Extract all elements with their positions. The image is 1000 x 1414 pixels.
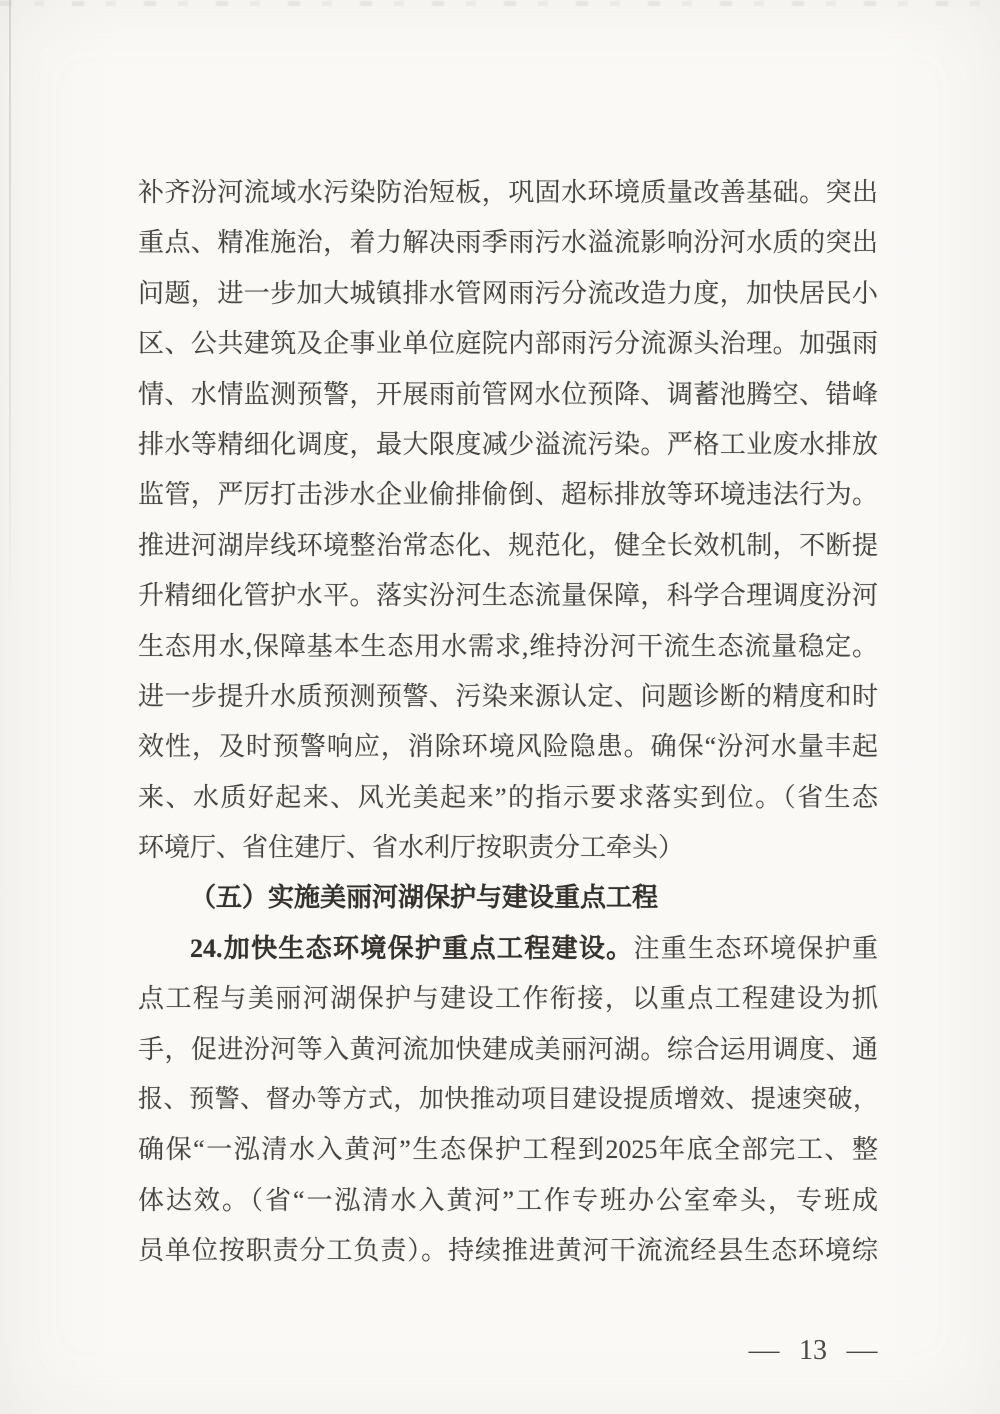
text-line: 情、水情监测预警，开展雨前管网水位预降、调蓄池腾空、错峰 <box>138 370 878 420</box>
text-line: 重点、精准施治，着力解决雨季雨污水溢流影响汾河水质的突出 <box>138 218 878 268</box>
text-line: 环境厅、省住建厅、省水利厅按职责分工牵头） <box>138 823 878 873</box>
text-line: 手，促进汾河等入黄河流加快建成美丽河湖。综合运用调度、通 <box>138 1025 878 1075</box>
text-line: 问题，进一步加大城镇排水管网雨污分流改造力度，加快居民小 <box>138 269 878 319</box>
document-body: 补齐汾河流域水污染防治短板，巩固水环境质量改善基础。突出重点、精准施治，着力解决… <box>138 168 878 1277</box>
text-line: 生态用水,保障基本生态用水需求,维持汾河干流生态流量稳定。 <box>138 622 878 672</box>
text-line: 员单位按职责分工负责）。持续推进黄河干流流经县生态环境综 <box>138 1226 878 1276</box>
section-heading: （五）实施美丽河湖保护与建设重点工程 <box>138 873 878 923</box>
text-line: 确保“一泓清水入黄河”生态保护工程到2025年底全部完工、整 <box>138 1125 878 1175</box>
text-line: 监管，严厉打击涉水企业偷排偷倒、超标排放等环境违法行为。 <box>138 470 878 520</box>
page-number-value: 13 <box>799 1335 827 1367</box>
page-number-dash-left: — <box>749 1335 780 1367</box>
text-line: 补齐汾河流域水污染防治短板，巩固水环境质量改善基础。突出 <box>138 168 878 218</box>
text-line: 效性，及时预警响应，消除环境风险隐患。确保“汾河水量丰起 <box>138 722 878 772</box>
bold-run: 24.加快生态环境保护重点工程建设。 <box>190 934 633 963</box>
text-line: 体达效。（省“一泓清水入黄河”工作专班办公室牵头，专班成 <box>138 1176 878 1226</box>
text-line: 区、公共建筑及企事业单位庭院内部雨污分流源头治理。加强雨 <box>138 319 878 369</box>
scan-noise-artifact <box>0 1 1000 6</box>
text-line: 排水等精细化调度，最大限度减少溢流污染。严格工业废水排放 <box>138 420 878 470</box>
scanned-document-page: 补齐汾河流域水污染防治短板，巩固水环境质量改善基础。突出重点、精准施治，着力解决… <box>0 0 1000 1414</box>
text-line: 24.加快生态环境保护重点工程建设。注重生态环境保护重 <box>138 924 878 974</box>
text-line: 报、预警、督办等方式，加快推动项目建设提质增效、提速突破， <box>138 1075 878 1125</box>
text-line: 来、水质好起来、风光美起来”的指示要求落实到位。（省生态 <box>138 773 878 823</box>
page-number: — 13 — <box>750 1330 876 1372</box>
text-line: 升精细化管护水平。落实汾河生态流量保障，科学合理调度汾河 <box>138 571 878 621</box>
text-line: 进一步提升水质预测预警、污染来源认定、问题诊断的精度和时 <box>138 672 878 722</box>
text-line: 推进河湖岸线环境整治常态化、规范化，健全长效机制，不断提 <box>138 521 878 571</box>
scan-edge-artifact-line <box>9 0 11 620</box>
text-line: 点工程与美丽河湖保护与建设工作衔接，以重点工程建设为抓 <box>138 974 878 1024</box>
page-number-dash-right: — <box>847 1335 878 1367</box>
